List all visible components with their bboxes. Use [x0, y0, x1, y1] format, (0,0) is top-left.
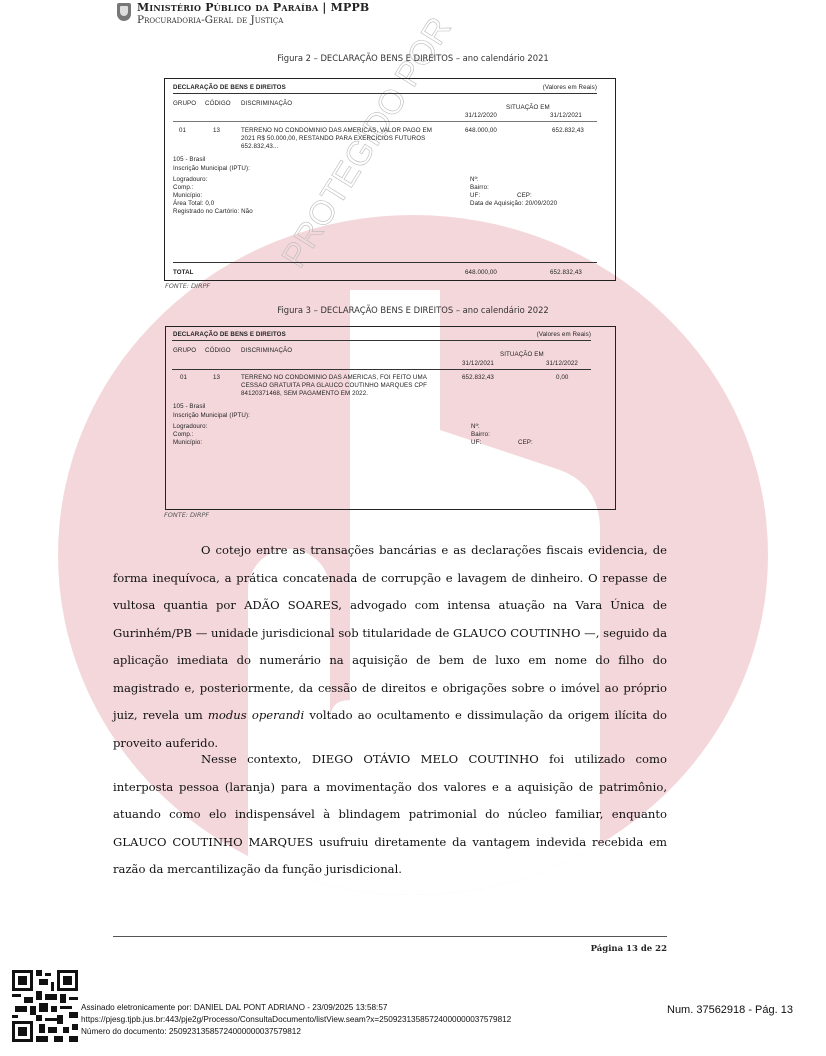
- date-col-2: 31/12/2022: [546, 360, 578, 367]
- municipio-label: Município:: [173, 192, 202, 199]
- page-number: Página 13 de 22: [560, 944, 667, 954]
- data-aquisicao: Data de Aquisição: 20/09/2020: [470, 200, 557, 207]
- col-situacao: SITUAÇÃO EM: [500, 351, 544, 358]
- cep-label: CEP:: [518, 439, 533, 446]
- figure2-declaration-table: DECLARAÇÃO DE BENS E DIREITOS (Valores e…: [164, 78, 616, 281]
- coat-of-arms-icon: [117, 3, 131, 21]
- qr-code-icon[interactable]: [12, 970, 78, 1042]
- registrado-cartorio: Registrado no Cartório: Não: [173, 208, 253, 215]
- logradouro-label: Logradouro:: [173, 423, 207, 430]
- country: 105 - Brasil: [173, 156, 206, 163]
- figure3-caption: Figura 3 – DECLARAÇÃO BENS E DIREITOS – …: [0, 305, 826, 315]
- figure3-source: FONTE: DIRPF: [164, 511, 209, 519]
- org-name: Ministério Público da Paraíba | MPPB: [137, 2, 369, 14]
- table-title: DECLARAÇÃO DE BENS E DIREITOS: [173, 331, 286, 338]
- signed-by: Assinado eletronicamente por: DANIEL DAL…: [81, 1002, 511, 1014]
- comp-label: Comp.:: [173, 184, 194, 191]
- comp-label: Comp.:: [173, 431, 194, 438]
- paragraph-1: O cotejo entre as transações bancárias e…: [113, 537, 667, 757]
- col-codigo: CÓDIGO: [205, 347, 231, 354]
- col-situacao: SITUAÇÃO EM: [506, 104, 550, 111]
- document-header: Ministério Público da Paraíba | MPPB Pro…: [117, 2, 369, 26]
- bairro-label: Bairro:: [471, 431, 490, 438]
- col-grupo: GRUPO: [173, 347, 196, 354]
- col-discriminacao: DISCRIMINAÇÃO: [241, 347, 292, 354]
- col-discriminacao: DISCRIMINAÇÃO: [241, 100, 292, 107]
- total-value-2: 652.832,43: [550, 269, 582, 276]
- table-title: DECLARAÇÃO DE BENS E DIREITOS: [173, 84, 286, 91]
- footer-divider: [113, 936, 667, 937]
- iptu-label: Inscrição Municipal (IPTU):: [173, 165, 250, 172]
- date-col-1: 31/12/2020: [465, 112, 497, 119]
- document-page-ref: Num. 37562918 - Pág. 13: [667, 1004, 793, 1016]
- figure2-caption: Figura 2 – DECLARAÇÃO BENS E DIREITOS – …: [0, 53, 826, 63]
- date-col-2: 31/12/2021: [550, 112, 582, 119]
- bairro-label: Bairro:: [470, 184, 489, 191]
- area-total: Área Total: 0,0: [173, 200, 214, 207]
- figure2-source: FONTE: DIRPF: [165, 282, 210, 290]
- document-number: Número do documento: 2509231358572400000…: [81, 1026, 511, 1038]
- uf-label: UF:: [471, 439, 481, 446]
- iptu-label: Inscrição Municipal (IPTU):: [173, 412, 250, 419]
- col-grupo: GRUPO: [173, 100, 196, 107]
- emphasis-modus-operandi: modus operandi: [208, 708, 304, 722]
- org-subname: Procuradoria-Geral de Justiça: [137, 14, 369, 26]
- uf-label: UF:: [470, 192, 480, 199]
- total-value-1: 648.000,00: [465, 269, 497, 276]
- verification-url[interactable]: https://pjesg.tjpb.jus.br:443/pje2g/Proc…: [81, 1014, 511, 1026]
- signature-block: Assinado eletronicamente por: DANIEL DAL…: [81, 1002, 511, 1038]
- numero-label: Nº:: [470, 176, 479, 183]
- country: 105 - Brasil: [173, 403, 206, 410]
- logradouro-label: Logradouro:: [173, 176, 207, 183]
- total-label: TOTAL: [173, 269, 194, 276]
- paragraph-2: Nesse contexto, DIEGO OTÁVIO MELO COUTIN…: [113, 746, 667, 884]
- figure3-declaration-table: DECLARAÇÃO DE BENS E DIREITOS (Valores e…: [165, 326, 616, 510]
- cep-label: CEP:: [517, 192, 532, 199]
- numero-label: Nº:: [471, 423, 480, 430]
- date-col-1: 31/12/2021: [462, 360, 494, 367]
- units-label: (Valores em Reais): [537, 331, 591, 338]
- units-label: (Valores em Reais): [543, 84, 597, 91]
- municipio-label: Município:: [173, 439, 202, 446]
- col-codigo: CÓDIGO: [205, 100, 231, 107]
